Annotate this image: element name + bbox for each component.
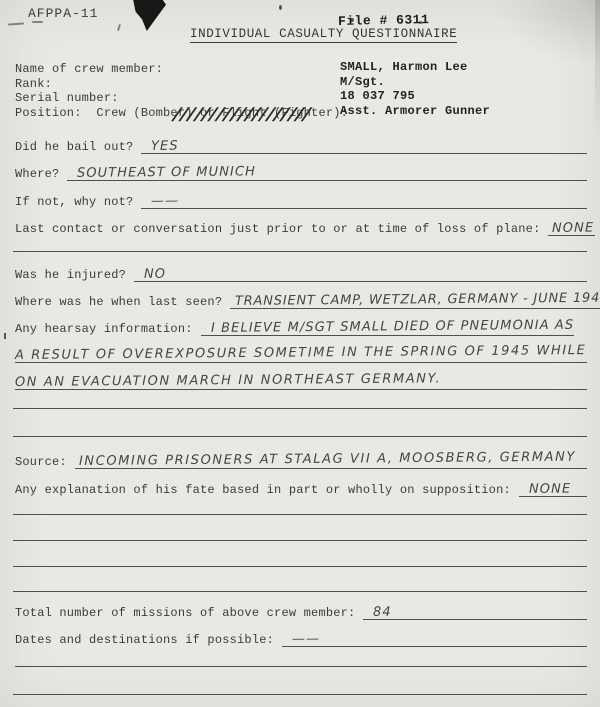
blank-line: [13, 436, 587, 437]
answer-line: INCOMING PRISONERS AT STALAG VII A, MOOS…: [75, 450, 587, 469]
question-label: Source:: [15, 455, 67, 469]
answer-line: ——: [282, 628, 587, 647]
handwritten-answer: NO: [134, 267, 166, 282]
answer-line: NONE: [519, 478, 587, 497]
pencil-mark: [117, 24, 121, 31]
field-hearsay-continued: ON AN EVACUATION MARCH IN NORTHEAST GERM…: [15, 372, 587, 390]
handwritten-answer: I BELIEVE M/SGT SMALL DIED OF PNEUMONIA …: [201, 318, 574, 336]
scan-smudge: [490, 0, 600, 70]
handwritten-answer: TRANSIENT CAMP, WETZLAR, GERMANY - JUNE …: [230, 291, 600, 309]
question-label: Last contact or conversation just prior …: [15, 222, 540, 236]
answer-line: NONE: [548, 217, 594, 236]
pencil-mark: [8, 22, 24, 25]
field-injured: Was he injured? NO: [15, 264, 587, 282]
handwritten-answer: ON AN EVACUATION MARCH IN NORTHEAST GERM…: [15, 371, 441, 390]
answer-line: YES: [141, 135, 587, 154]
blank-line: [13, 408, 587, 409]
field-hearsay-continued: A RESULT OF OVEREXPOSURE SOMETIME IN THE…: [15, 345, 587, 363]
question-label: Dates and destinations if possible:: [15, 633, 274, 647]
question-label: Total number of missions of above crew m…: [15, 606, 355, 620]
handwritten-answer: A RESULT OF OVEREXPOSURE SOMETIME IN THE…: [15, 343, 587, 363]
handwritten-answer: NONE: [548, 221, 594, 236]
question-label: Any explanation of his fate based in par…: [15, 483, 511, 497]
scan-edge-streak: [595, 0, 600, 140]
answer-line: ——: [141, 190, 587, 209]
strikeout-hatch-marks: ///////////////////: [169, 105, 309, 127]
question-label: If not, why not?: [15, 195, 133, 209]
field-missions: Total number of missions of above crew m…: [15, 602, 587, 620]
field-if-not: If not, why not? ——: [15, 191, 587, 209]
question-label: Where?: [15, 167, 59, 181]
handwritten-answer: NONE: [519, 482, 571, 497]
answer-line: 84: [363, 601, 587, 620]
field-supposition: Any explanation of his fate based in par…: [15, 479, 587, 497]
form-code: AFPPA-11: [28, 6, 98, 21]
pencil-mark: [32, 21, 43, 23]
blank-line: [13, 566, 587, 567]
answer-line: I BELIEVE M/SGT SMALL DIED OF PNEUMONIA …: [201, 317, 574, 336]
question-label: Where was he when last seen?: [15, 295, 222, 309]
answer-line: TRANSIENT CAMP, WETZLAR, GERMANY - JUNE …: [230, 290, 600, 309]
field-hearsay: Any hearsay information: I BELIEVE M/SGT…: [15, 318, 560, 336]
field-source: Source: INCOMING PRISONERS AT STALAG VII…: [15, 451, 587, 469]
handwritten-answer: ——: [141, 194, 179, 209]
handwritten-answer: SOUTHEAST OF MUNICH: [67, 164, 256, 181]
ink-blot: [126, 0, 166, 31]
field-where: Where? SOUTHEAST OF MUNICH: [15, 163, 587, 181]
blank-line: [15, 666, 587, 667]
serial-value: 18 037 795: [340, 89, 490, 104]
answer-line: A RESULT OF OVEREXPOSURE SOMETIME IN THE…: [15, 344, 587, 363]
scan-speck: [4, 333, 6, 339]
serial-label: Serial number:: [15, 91, 348, 106]
scan-speck: [279, 5, 282, 10]
handwritten-answer: INCOMING PRISONERS AT STALAG VII A, MOOS…: [75, 450, 576, 469]
crew-info-values: SMALL, Harmon Lee M/Sgt. 18 037 795 Asst…: [340, 60, 490, 118]
field-last-contact: Last contact or conversation just prior …: [15, 218, 587, 236]
blank-line: [13, 251, 587, 252]
handwritten-answer: YES: [141, 139, 179, 154]
field-dates-destinations: Dates and destinations if possible: ——: [15, 629, 587, 647]
position-value: Asst. Armorer Gunner: [340, 104, 490, 119]
blank-line: [13, 540, 587, 541]
answer-line: NO: [134, 263, 587, 282]
scanned-casualty-questionnaire: AFPPA-11 File # 6311 INDIVIDUAL CASUALTY…: [0, 0, 600, 707]
question-label: Any hearsay information:: [15, 322, 193, 336]
blank-line: [13, 694, 587, 695]
blank-line: [13, 591, 587, 592]
answer-line: SOUTHEAST OF MUNICH: [67, 162, 587, 181]
file-number-stamp: File # 6311: [338, 12, 430, 29]
question-label: Was he injured?: [15, 268, 126, 282]
question-label: Did he bail out?: [15, 140, 133, 154]
name-value: SMALL, Harmon Lee: [340, 60, 490, 75]
answer-line: ON AN EVACUATION MARCH IN NORTHEAST GERM…: [15, 371, 587, 390]
rank-value: M/Sgt.: [340, 75, 490, 90]
handwritten-answer: 84: [363, 605, 392, 620]
field-bail-out: Did he bail out? YES: [15, 136, 587, 154]
field-last-seen: Where was he when last seen? TRANSIENT C…: [15, 291, 587, 309]
blank-line: [13, 514, 587, 515]
name-label: Name of crew member:: [15, 62, 348, 77]
document-title: INDIVIDUAL CASUALTY QUESTIONNAIRE: [190, 27, 457, 43]
handwritten-answer: ——: [282, 632, 320, 647]
rank-label: Rank:: [15, 77, 348, 92]
